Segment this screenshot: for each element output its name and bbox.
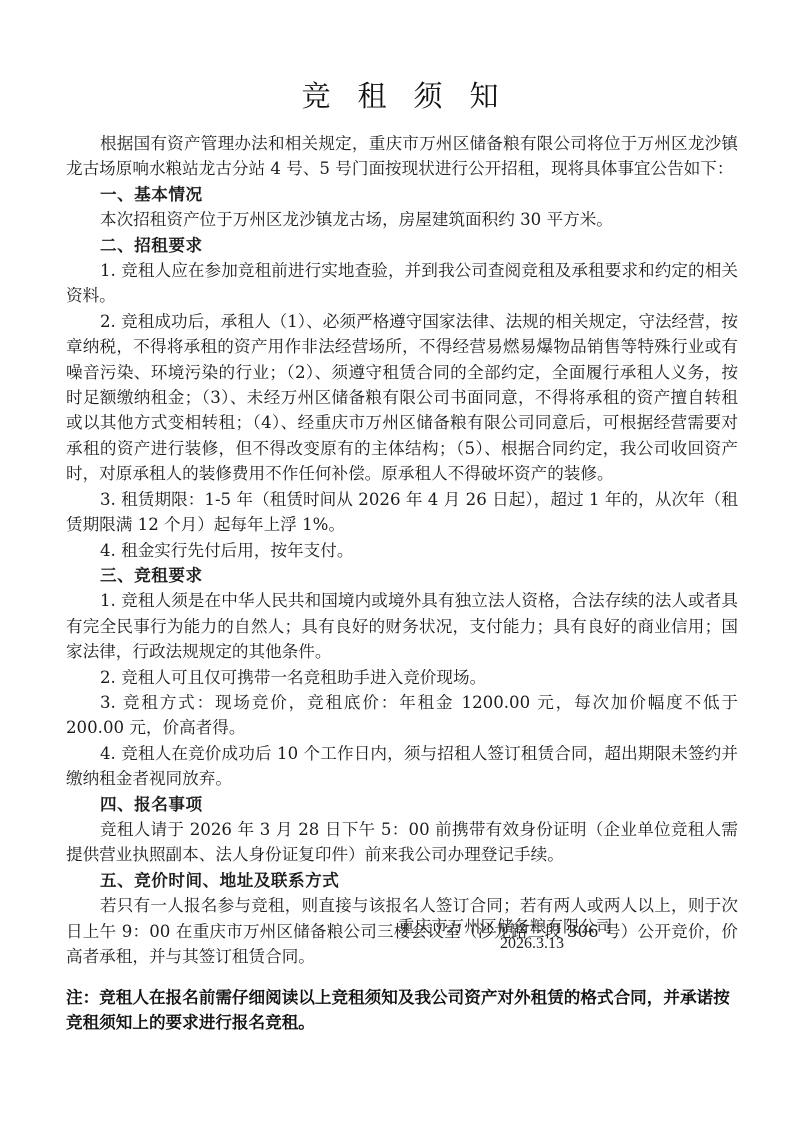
intro-paragraph: 根据国有资产管理办法和相关规定，重庆市万州区储备粮有限公司将位于万州区龙沙镇龙古… [66, 131, 738, 182]
section-paragraph: 1. 竞租人应在参加竞租前进行实地查验，并到我公司查阅竞租及承租要求和约定的相关… [66, 258, 738, 309]
document-title: 竞租须知 [0, 74, 800, 115]
section-paragraph: 3. 租赁期限：1-5 年（租赁时间从 2026 年 4 月 26 日起），超过… [66, 487, 738, 538]
section-paragraph: 4. 租金实行先付后用，按年支付。 [66, 538, 738, 563]
document-page: 竞租须知 根据国有资产管理办法和相关规定，重庆市万州区储备粮有限公司将位于万州区… [0, 0, 800, 1132]
document-body: 根据国有资产管理办法和相关规定，重庆市万州区储备粮有限公司将位于万州区龙沙镇龙古… [66, 131, 738, 969]
bidder-note: 注：竞租人在报名前需仔细阅读以上竞租须知及我公司资产对外租赁的格式合同，并承诺按… [66, 985, 738, 1035]
section-paragraph: 本次招租资产位于万州区龙沙镇龙古场，房屋建筑面积约 30 平方米。 [66, 207, 738, 232]
section-paragraph: 4. 竞租人在竞价成功后 10 个工作日内，须与招租人签订租赁合同，超出期限未签… [66, 741, 738, 792]
section-heading-time-location-contact: 五、竞价时间、地址及联系方式 [66, 868, 738, 893]
section-heading-basic-info: 一、基本情况 [66, 182, 738, 207]
document-date: 2026.3.13 [500, 935, 564, 953]
section-paragraph: 3. 竞租方式：现场竞价，竞租底价：年租金 1200.00 元，每次加价幅度不低… [66, 690, 738, 741]
section-heading-registration: 四、报名事项 [66, 792, 738, 817]
section-paragraph: 1. 竞租人须是在中华人民共和国境内或境外具有独立法人资格，合法存续的法人或者具… [66, 588, 738, 664]
section-paragraph: 竞租人请于 2026 年 3 月 28 日下午 5：00 前携带有效身份证明（企… [66, 817, 738, 868]
section-heading-bidding-requirements: 三、竞租要求 [66, 563, 738, 588]
company-signature: 重庆市万州区储备粮有限公司 [398, 913, 613, 937]
section-paragraph: 2. 竞租成功后，承租人（1）、必须严格遵守国家法律、法规的相关规定，守法经营，… [66, 309, 738, 487]
section-heading-rental-requirements: 二、招租要求 [66, 233, 738, 258]
section-paragraph: 2. 竞租人可且仅可携带一名竞租助手进入竞价现场。 [66, 665, 738, 690]
